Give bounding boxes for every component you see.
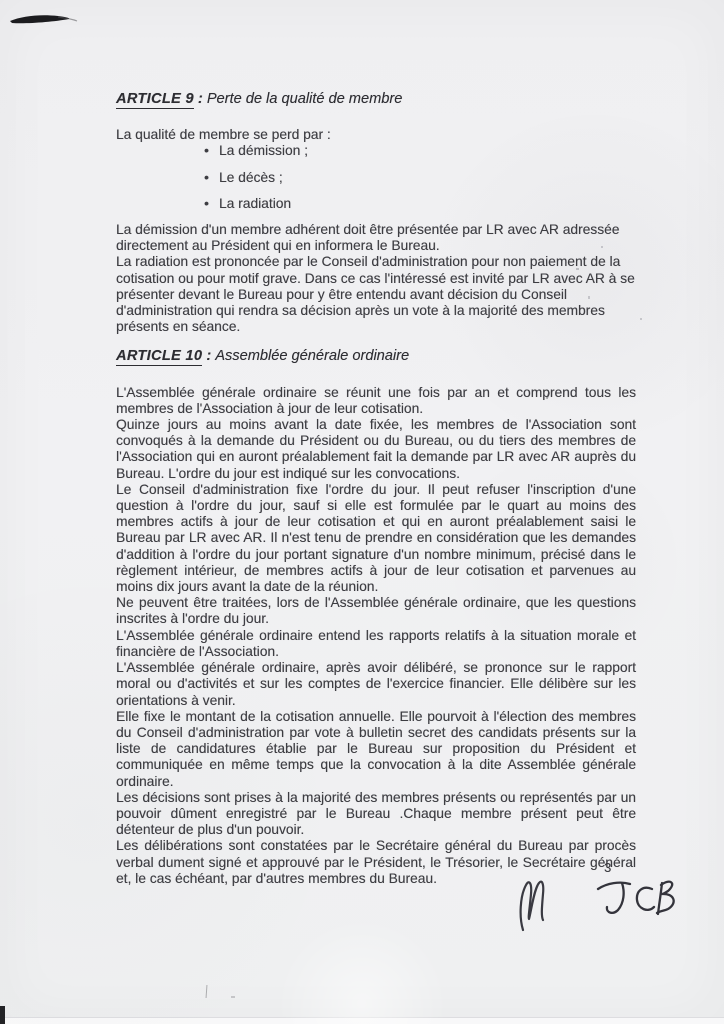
handwritten-paraph-mark — [516, 877, 562, 937]
membership-loss-list: • La démission ; • Le décès ; • La radia… — [116, 143, 636, 212]
scan-noise-speck — [206, 985, 208, 998]
article-10-paragraph: Ne peuvent être traitées, lors de l'Asse… — [116, 595, 636, 627]
scan-noise-speck — [640, 318, 642, 320]
article-9-title: Perte de la qualité de membre — [207, 91, 403, 107]
article-10-paragraph: Le Conseil d'administration fixe l'ordre… — [116, 482, 636, 595]
article-10-paragraph: Quinze jours au moins avant la date fixé… — [116, 417, 636, 482]
bullet-icon: • — [204, 142, 209, 158]
article-9-paragraph: La radiation est prononcée par le Consei… — [116, 254, 636, 335]
article-10-separator: : — [202, 348, 215, 364]
scan-smudge-mark — [8, 12, 78, 28]
article-10-paragraph: L'Assemblée générale ordinaire, après av… — [116, 660, 636, 709]
scanned-document-page: ARTICLE 9 : Perte de la qualité de membr… — [0, 0, 724, 1024]
bottom-scan-edge — [0, 1017, 724, 1024]
article-9-label: ARTICLE 9 — [116, 91, 194, 109]
article-10-paragraph: L'Assemblée générale ordinaire se réunit… — [116, 385, 636, 417]
article-10-title: Assemblée générale ordinaire — [215, 348, 409, 364]
page-number: 3 — [604, 860, 611, 875]
article-10-heading: ARTICLE 10 : Assemblée générale ordinair… — [116, 348, 636, 364]
bullet-icon: • — [204, 195, 209, 211]
list-item: • La démission ; — [116, 143, 636, 159]
membership-loss-intro: La qualité de membre se perd par : — [116, 127, 636, 143]
article-9-paragraph: La démission d'un membre adhérent doit ê… — [116, 222, 636, 254]
scan-noise-speck — [231, 996, 235, 998]
list-item-label: La démission ; — [219, 143, 308, 158]
bottom-left-scan-mark — [0, 1006, 5, 1024]
article-10-paragraph: Les décisions sont prises à la majorité … — [116, 790, 636, 839]
article-10-paragraph: L'Assemblée générale ordinaire entend le… — [116, 628, 636, 660]
list-item-label: La radiation — [219, 196, 291, 211]
article-9-separator: : — [194, 91, 207, 107]
document-body: ARTICLE 9 : Perte de la qualité de membr… — [116, 91, 636, 887]
article-9-heading: ARTICLE 9 : Perte de la qualité de membr… — [116, 91, 636, 107]
article-10-label: ARTICLE 10 — [116, 348, 202, 366]
article-10-paragraph: Elle fixe le montant de la cotisation an… — [116, 709, 636, 790]
list-item: • La radiation — [116, 196, 636, 212]
list-item: • Le décès ; — [116, 170, 636, 186]
bullet-icon: • — [204, 169, 209, 185]
handwritten-initials-jcb — [595, 875, 677, 929]
list-item-label: Le décès ; — [219, 170, 283, 185]
